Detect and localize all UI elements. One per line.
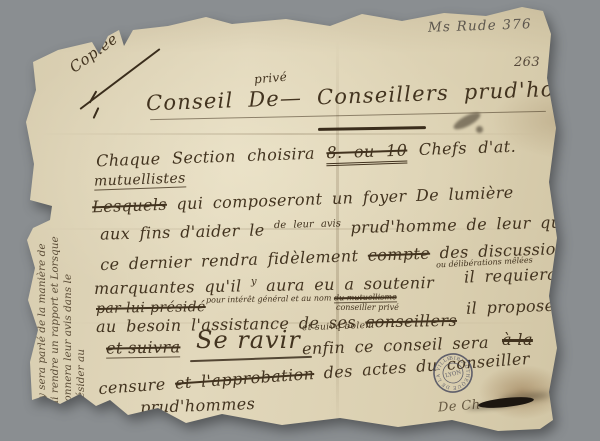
line7-struck-et-suivra: et suivra <box>106 337 181 358</box>
line5-right-il-requiera: il requiera <box>464 264 558 286</box>
photo-of-manuscript: Copiée Ms Rude 376 263 privé Conseil De—… <box>0 0 600 441</box>
paper-shadow: Copiée Ms Rude 376 263 privé Conseil De—… <box>0 0 600 441</box>
copied-note: Copiée <box>66 30 121 77</box>
line3-text-b: prud'homme de leur quartier <box>350 211 600 237</box>
line7-struck-a-la: à la <box>502 330 533 349</box>
line6-insert-text: pour intérêt général et au nom <box>206 293 332 304</box>
line1-text-b: Chefs d'at. <box>418 137 516 159</box>
ink-smudge-dot <box>476 126 483 133</box>
insert-mutuellistes: mutuellistes <box>94 170 186 190</box>
line7-large-words: Se ravir <box>196 326 301 354</box>
line1-struck-number: 8. ou 10 <box>326 140 408 166</box>
margin-line-4: présider au <box>75 128 88 410</box>
stamp-center-text: LYON <box>445 370 462 380</box>
title-part2: Conseillers prud'hommes <box>317 75 600 110</box>
line2-text: qui composeront un foyer De lumière <box>176 183 514 214</box>
line6-insert-struck: du mutuellisme <box>334 292 397 303</box>
ink-tick-mark-2 <box>93 107 100 119</box>
line2-struck-word: Lesquels <box>92 195 167 217</box>
horizontal-fold-crease-top <box>40 133 540 135</box>
line4-text-a: ce dernier rendra fidèlement <box>100 246 359 274</box>
catalog-mark: Ms Rude 376 <box>428 16 532 36</box>
line6-insert-conseiller-prive: conseiller privé <box>336 303 399 312</box>
line6-struck-par-lui-preside: par lui présidé <box>96 299 206 317</box>
line5-text-b: aura eu a soutenir <box>266 273 434 295</box>
title-dash: — <box>279 86 302 111</box>
line4-struck-word: compte <box>368 244 431 265</box>
margin-line-3: Donnera leur avis dans le <box>62 128 75 410</box>
title-part1: Conseil De <box>146 87 281 116</box>
line5-insert-y: y <box>251 276 257 287</box>
line7-underline-flourish <box>190 356 312 362</box>
line6-struck-conseillers: conseillers <box>365 311 457 332</box>
body-line-3: aux fins d'aider le de leur avis prud'ho… <box>100 211 600 243</box>
title-heavy-dash <box>318 126 426 131</box>
ink-blot <box>478 395 535 410</box>
margin-line-2: lui rendre un rapport et Lorsque <box>49 128 62 410</box>
line8-struck-approbation: et l'approbation <box>174 364 314 393</box>
marginal-note-vertical: Il y sera parlé de la manière de lui ren… <box>36 128 88 410</box>
document-title: Conseil De— Conseillers prud'hommes <box>146 75 600 116</box>
body-line-9: prud'hommes <box>140 394 256 417</box>
title-inserted-word: privé <box>253 70 287 87</box>
body-line-1: Chaque Section choisira 8. ou 10 Chefs d… <box>96 137 517 171</box>
bottom-fragment: De Ch <box>438 398 482 416</box>
manuscript-paper: Copiée Ms Rude 376 263 privé Conseil De—… <box>0 0 600 441</box>
line6-right-il-proposera: il proposera <box>466 295 573 318</box>
folio-number: 263 <box>514 55 540 70</box>
margin-line-1: Il y sera parlé de la manière de <box>36 128 49 410</box>
line1-text-a: Chaque Section choisira <box>96 144 315 171</box>
line3-interlinear-insert: de leur avis <box>274 218 341 231</box>
line8-text-a: censure <box>98 374 166 398</box>
line3-text-a: aux fins d'aider le <box>100 220 265 243</box>
